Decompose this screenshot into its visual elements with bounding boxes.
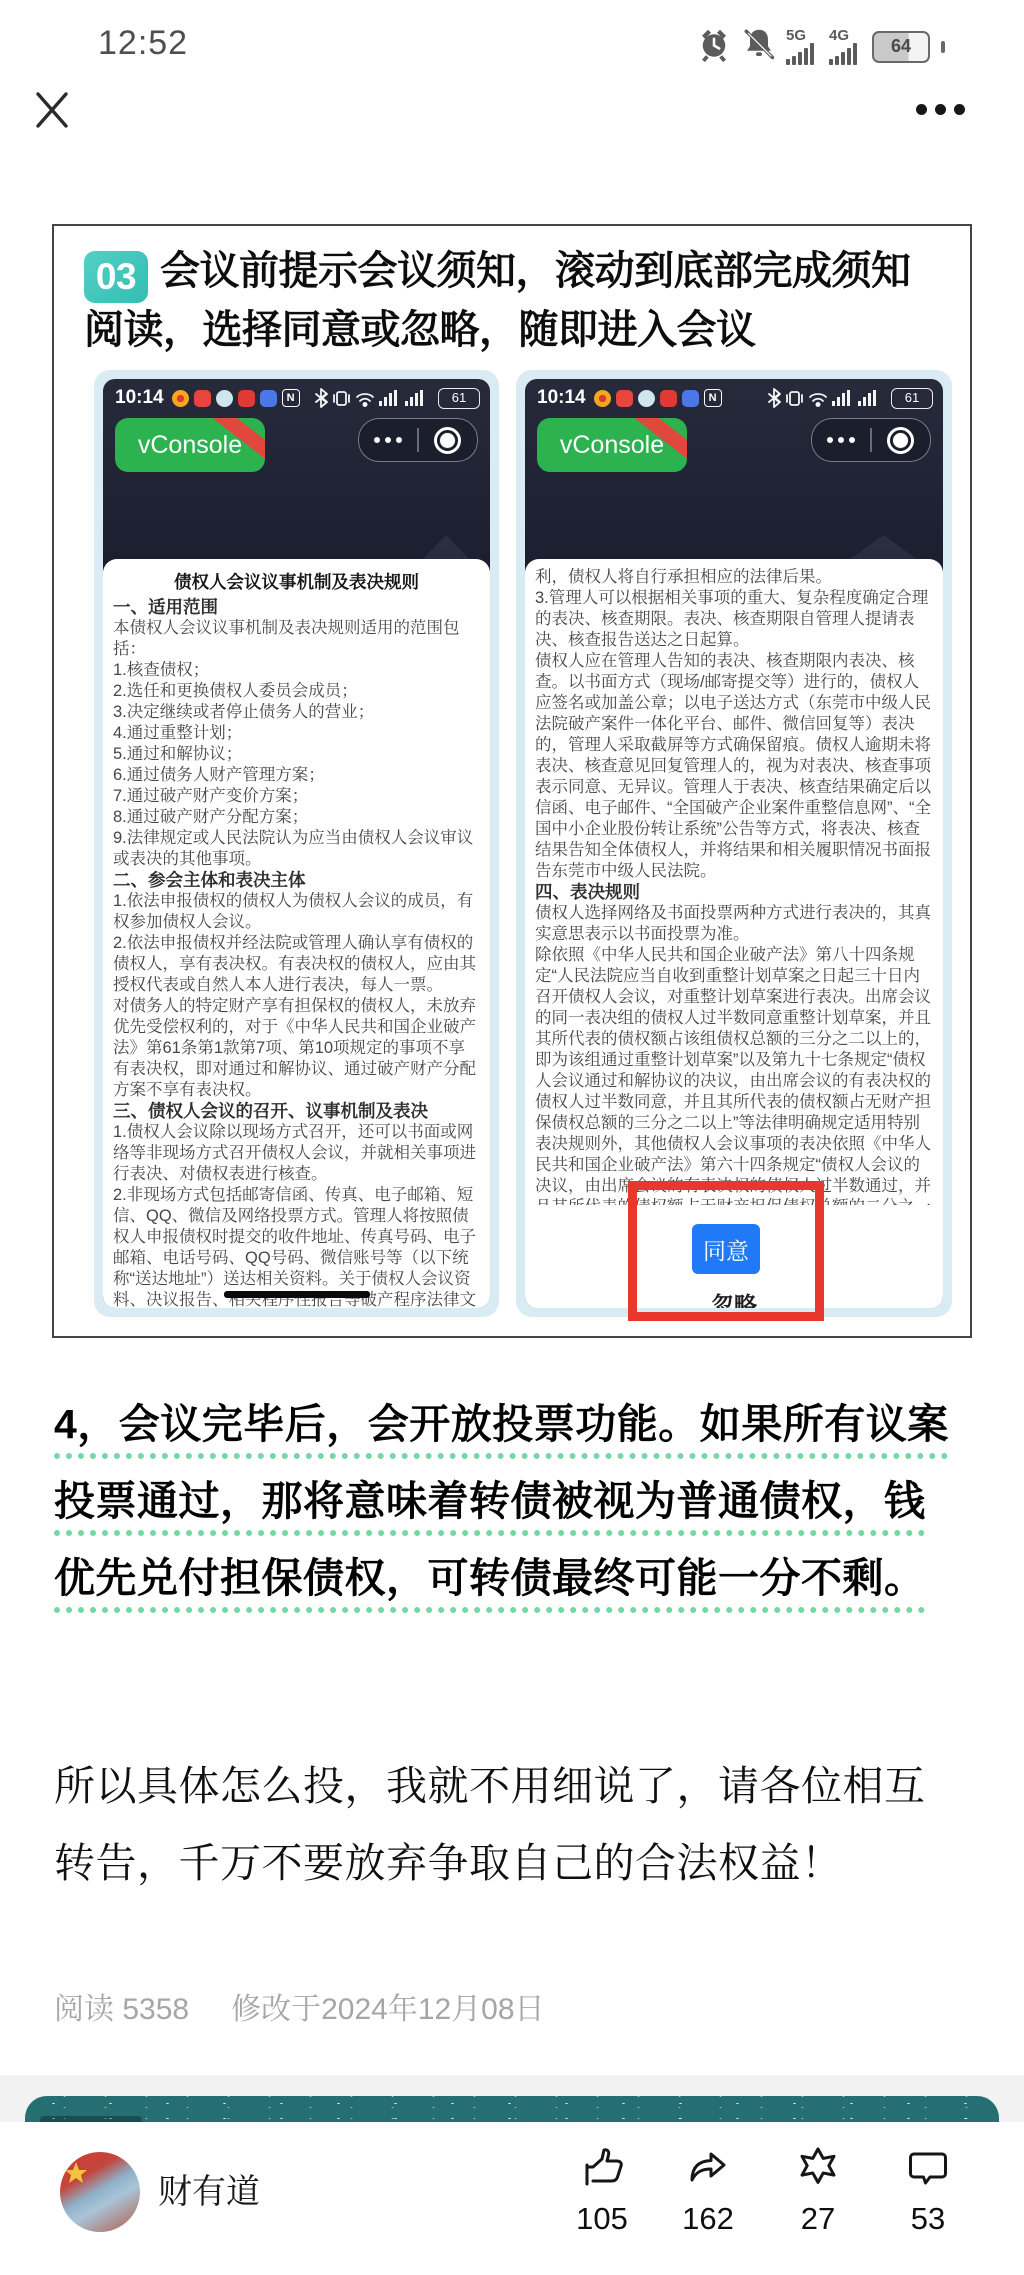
status-time: 12:52 bbox=[98, 24, 188, 63]
app-icon bbox=[638, 390, 655, 407]
share-count: 162 bbox=[663, 2201, 753, 2237]
comment-count: 53 bbox=[883, 2201, 973, 2237]
app-icon bbox=[216, 390, 233, 407]
capsule-more-icon[interactable] bbox=[812, 437, 870, 443]
account-name[interactable]: 财有道 bbox=[158, 2164, 260, 2213]
capsule-close-icon[interactable] bbox=[872, 427, 930, 454]
miniprogram-capsule[interactable] bbox=[811, 418, 931, 462]
article-image[interactable]: 03会议前提示会议须知，滚动到底部完成须知阅读，选择同意或忽略，随即进入会议 1… bbox=[52, 224, 972, 1338]
status-icons: 5G 4G 64 bbox=[696, 26, 945, 67]
phone-screenshot-right: 10:14 N 61 bbox=[516, 370, 952, 1317]
signal-5g-icon: 5G bbox=[786, 28, 820, 65]
mini-status-bar: 10:14 N 61 bbox=[103, 379, 490, 409]
read-count: 阅读 5358 bbox=[54, 1993, 189, 2026]
thumbs-up-icon bbox=[578, 2179, 626, 2196]
alarm-icon bbox=[696, 26, 732, 67]
vconsole-button[interactable]: vConsole bbox=[537, 418, 687, 472]
paragraph-normal: 所以具体怎么投，我就不用细说了，请各位相互转告，千万不要放弃争取自己的合法权益！ bbox=[54, 1748, 958, 1902]
mini-status-icons bbox=[766, 388, 886, 408]
comment-bubble-icon bbox=[904, 2179, 952, 2196]
article-meta: 阅读 5358修改于2024年12月08日 bbox=[54, 1984, 587, 2028]
mini-battery-icon: 61 bbox=[891, 388, 933, 409]
mini-status-time: 10:14 bbox=[537, 387, 586, 409]
modified-date: 修改于2024年12月08日 bbox=[231, 1993, 544, 2026]
nfc-icon: N bbox=[282, 389, 300, 407]
section-heading: 03会议前提示会议须知，滚动到底部完成须知阅读，选择同意或忽略，随即进入会议 bbox=[84, 244, 946, 358]
rules-text-right: 利，债权人将自行承担相应的法律后果。3.管理人可以根据相关事项的重大、复杂程度确… bbox=[535, 567, 933, 1239]
app-icon bbox=[682, 390, 699, 407]
miniprogram-capsule[interactable] bbox=[358, 418, 478, 462]
app-icon bbox=[260, 390, 277, 407]
app-icon bbox=[660, 390, 677, 407]
app-icon bbox=[616, 390, 633, 407]
paragraph-bold-underlined: 4，会议完毕后，会开放投票功能。如果所有议案投票通过，那将意味着转债被视为普通债… bbox=[54, 1386, 958, 1617]
rules-title: 债权人会议议事机制及表决规则 bbox=[113, 569, 480, 594]
screenshot-pair: 10:14 N 61 bbox=[94, 370, 952, 1317]
section-number-badge: 03 bbox=[84, 251, 148, 303]
mini-status-bar: 10:14 N 61 bbox=[525, 379, 943, 409]
mini-status-icons bbox=[313, 388, 433, 408]
wow-count: 27 bbox=[773, 2201, 863, 2237]
vconsole-button[interactable]: vConsole bbox=[115, 418, 265, 472]
page: 12:52 5G 4G 64 03会议前提示会议须知，滚动到底部完成须知阅读，选… bbox=[0, 0, 1024, 2275]
share-arrow-icon bbox=[684, 2179, 732, 2196]
share-button[interactable]: 162 bbox=[663, 2144, 753, 2237]
app-icon bbox=[194, 390, 211, 407]
rules-sheet-left: 债权人会议议事机制及表决规则 一、适用范围本债权人会议议事机制及表决规则适用的范… bbox=[103, 559, 490, 1308]
comment-button[interactable]: 53 bbox=[883, 2144, 973, 2237]
signal-4g-icon: 4G bbox=[829, 28, 863, 65]
battery-nub bbox=[941, 41, 945, 53]
like-count: 105 bbox=[557, 2201, 647, 2237]
wow-button[interactable]: 27 bbox=[773, 2144, 863, 2237]
capsule-close-icon[interactable] bbox=[419, 427, 477, 454]
app-icon bbox=[594, 390, 611, 407]
wow-star-icon bbox=[794, 2179, 842, 2196]
section-heading-text: 会议前提示会议须知，滚动到底部完成须知阅读，选择同意或忽略，随即进入会议 bbox=[84, 249, 911, 352]
app-icon bbox=[238, 390, 255, 407]
rules-text-left: 一、适用范围本债权人会议议事机制及表决规则适用的范围包括：1.核查债权；2.选任… bbox=[113, 597, 480, 1308]
nfc-icon: N bbox=[704, 389, 722, 407]
mini-battery-icon: 61 bbox=[438, 388, 480, 409]
mini-status-time: 10:14 bbox=[115, 387, 164, 409]
red-highlight-box bbox=[628, 1181, 824, 1321]
redaction-bar bbox=[224, 1291, 370, 1298]
bell-muted-icon bbox=[741, 26, 777, 67]
phone-screenshot-left: 10:14 N 61 bbox=[94, 370, 499, 1317]
app-icon bbox=[172, 390, 189, 407]
more-menu-icon[interactable] bbox=[916, 104, 965, 115]
bottom-toolbar: 财有道 105 162 27 53 bbox=[0, 2122, 1024, 2275]
close-icon[interactable] bbox=[32, 90, 72, 130]
like-button[interactable]: 105 bbox=[557, 2144, 647, 2237]
battery-icon: 64 bbox=[872, 31, 930, 63]
capsule-more-icon[interactable] bbox=[359, 437, 417, 443]
account-avatar[interactable] bbox=[60, 2152, 140, 2232]
